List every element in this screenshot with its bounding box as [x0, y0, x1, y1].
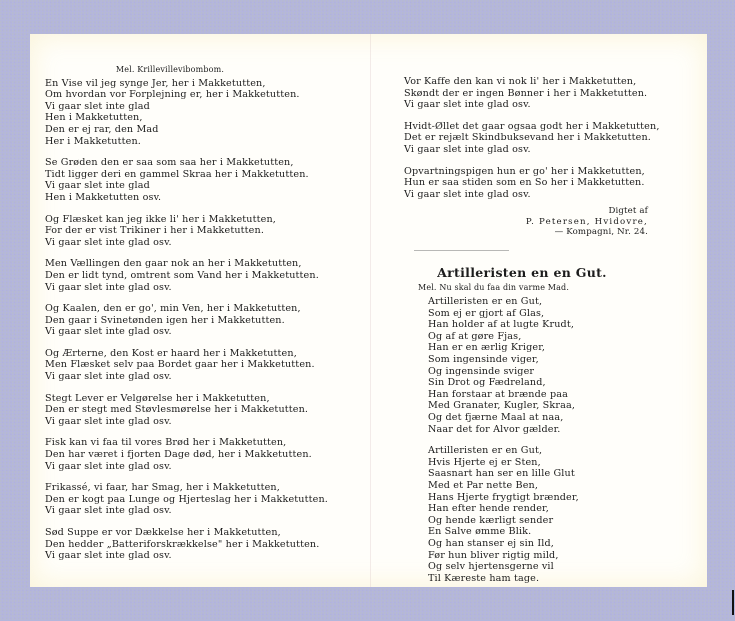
verse-line: Hun er saa stiden som en So her i Makket…	[404, 177, 654, 189]
stanza: Hvidt-Øllet det gaar ogsaa godt her i Ma…	[404, 121, 654, 156]
verse-line: Han efter hende render,	[428, 503, 654, 515]
stanza: Se Grøden den er saa som saa her i Makke…	[45, 157, 365, 203]
verse-line: Artilleristen er en Gut,	[428, 296, 654, 308]
verse-line: Vi gaar slet inte glad osv.	[45, 237, 365, 249]
verse-line: Og Flæsket kan jeg ikke li' her i Makket…	[45, 214, 365, 226]
verse-line: Vi gaar slet inte glad osv.	[45, 461, 365, 473]
verse-line: Sin Drot og Fædreland,	[428, 377, 654, 389]
verse-line: Han holder af at lugte Krudt,	[428, 319, 654, 331]
signature-author: P. Petersen, Hvidovre,	[404, 217, 648, 228]
stanza: Og Ærterne, den Kost er haard her i Makk…	[45, 348, 365, 383]
verse-line: En Vise vil jeg synge Jer, her i Makketu…	[45, 78, 365, 90]
verse-line: Tidt ligger deri en gammel Skraa her i M…	[45, 169, 365, 181]
verse-line: Før hun bliver rigtig mild,	[428, 550, 654, 562]
scan-edge-mark	[732, 590, 734, 615]
verse-line: Den hedder „Batteriforskrækkelse" her i …	[45, 539, 365, 551]
verse-line: Vi gaar slet inte glad osv.	[404, 144, 654, 156]
stanza: Vor Kaffe den kan vi nok li' her i Makke…	[404, 76, 654, 111]
verse-line: Og det fjærne Maal at naa,	[428, 412, 654, 424]
verse-line: Hvis Hjerte ej er Sten,	[428, 457, 654, 469]
verse-line: Hans Hjerte frygtigt brænder,	[428, 492, 654, 504]
song2-stanzas: Artilleristen er en Gut,Som ej er gjort …	[404, 296, 654, 584]
stanza: Fisk kan vi faa til vores Brød her i Mak…	[45, 437, 365, 472]
stanza: Sød Suppe er vor Dækkelse her i Makketut…	[45, 527, 365, 562]
verse-line: Fisk kan vi faa til vores Brød her i Mak…	[45, 437, 365, 449]
verse-line: Som ej er gjort af Glas,	[428, 308, 654, 320]
left-stanzas: En Vise vil jeg synge Jer, her i Makketu…	[45, 78, 365, 562]
right-stanzas: Vor Kaffe den kan vi nok li' her i Makke…	[404, 76, 654, 200]
verse-line: Se Grøden den er saa som saa her i Makke…	[45, 157, 365, 169]
verse-line: Stegt Lever er Velgørelse her i Makketut…	[45, 393, 365, 405]
verse-line: Vi gaar slet inte glad osv.	[45, 371, 365, 383]
verse-line: Han forstaar at brænde paa	[428, 389, 654, 401]
stanza: Frikassé, vi faar, har Smag, her i Makke…	[45, 482, 365, 517]
verse-line: Og af at gøre Fjas,	[428, 331, 654, 343]
melody-note: Mel. Krillevillevibombom.	[45, 64, 295, 76]
verse-line: Vi gaar slet inte glad	[45, 101, 365, 113]
verse-line: Den gaar i Svinetønden igen her i Makket…	[45, 315, 365, 327]
verse-line: Og Ærterne, den Kost er haard her i Makk…	[45, 348, 365, 360]
song-title: Artilleristen en en Gut.	[404, 267, 654, 279]
verse-line: Og Kaalen, den er go', min Ven, her i Ma…	[45, 303, 365, 315]
verse-line: En Salve ømme Blik.	[428, 526, 654, 538]
verse-line: Den er ej rar, den Mad	[45, 124, 365, 136]
verse-line: Den er lidt tynd, omtrent som Vand her i…	[45, 270, 365, 282]
verse-line: Frikassé, vi faar, har Smag, her i Makke…	[45, 482, 365, 494]
signature-line-1: Digtet af	[404, 206, 648, 217]
stanza: Opvartningspigen hun er go' her i Makket…	[404, 166, 654, 201]
verse-line: Opvartningspigen hun er go' her i Makket…	[404, 166, 654, 178]
verse-line: For der er vist Trikiner i her i Makketu…	[45, 225, 365, 237]
verse-line: Her i Makketutten.	[45, 136, 365, 148]
verse-line: Som ingensinde viger,	[428, 354, 654, 366]
right-page: Vor Kaffe den kan vi nok li' her i Makke…	[404, 76, 654, 594]
verse-line: Hvidt-Øllet det gaar ogsaa godt her i Ma…	[404, 121, 654, 133]
verse-line: Med Granater, Kugler, Skraa,	[428, 400, 654, 412]
verse-line: Med et Par nette Ben,	[428, 480, 654, 492]
verse-line: Vi gaar slet inte glad osv.	[404, 99, 654, 111]
verse-line: Artilleristen er en Gut,	[428, 445, 654, 457]
verse-line: Og ingensinde sviger	[428, 366, 654, 378]
stanza: Men Vællingen den gaar nok an her i Makk…	[45, 258, 365, 293]
verse-line: Naar det for Alvor gælder.	[428, 424, 654, 436]
stanza: Stegt Lever er Velgørelse her i Makketut…	[45, 393, 365, 428]
verse-line: Til Kæreste ham tage.	[428, 573, 654, 585]
stanza: Og Kaalen, den er go', min Ven, her i Ma…	[45, 303, 365, 338]
signature-company: — Kompagni, Nr. 24.	[404, 227, 648, 238]
verse-line: Vi gaar slet inte glad osv.	[404, 189, 654, 201]
stanza: Artilleristen er en Gut,Hvis Hjerte ej e…	[428, 445, 654, 584]
verse-line: Den har været i fjorten Dage død, her i …	[45, 449, 365, 461]
verse-line: Om hvordan vor Forplejning er, her i Mak…	[45, 89, 365, 101]
verse-line: Hen i Makketutten,	[45, 112, 365, 124]
verse-line: Og han stanser ej sin Ild,	[428, 538, 654, 550]
verse-line: Sød Suppe er vor Dækkelse her i Makketut…	[45, 527, 365, 539]
verse-line: Vi gaar slet inte glad osv.	[45, 550, 365, 562]
author-signature: Digtet af P. Petersen, Hvidovre, — Kompa…	[404, 206, 654, 238]
verse-line: Men Flæsket selv paa Bordet gaar her i M…	[45, 359, 365, 371]
verse-line: Vor Kaffe den kan vi nok li' her i Makke…	[404, 76, 654, 88]
verse-line: Og selv hjertensgerne vil	[428, 561, 654, 573]
verse-line: Og hende kærligt sender	[428, 515, 654, 527]
verse-line: Saasnart han ser en lille Glut	[428, 468, 654, 480]
divider	[414, 250, 509, 251]
left-page: Mel. Krillevillevibombom. En Vise vil je…	[45, 64, 365, 572]
melody-note-2: Mel. Nu skal du faa din varme Mad.	[418, 282, 654, 294]
verse-line: Det er rejælt Skindbuksevand her i Makke…	[404, 132, 654, 144]
verse-line: Vi gaar slet inte glad osv.	[45, 505, 365, 517]
verse-line: Skøndt der er ingen Bønner i her i Makke…	[404, 88, 654, 100]
verse-line: Vi gaar slet inte glad	[45, 180, 365, 192]
verse-line: Vi gaar slet inte glad osv.	[45, 282, 365, 294]
stanza: Og Flæsket kan jeg ikke li' her i Makket…	[45, 214, 365, 249]
stanza: Artilleristen er en Gut,Som ej er gjort …	[428, 296, 654, 435]
verse-line: Vi gaar slet inte glad osv.	[45, 416, 365, 428]
stanza: En Vise vil jeg synge Jer, her i Makketu…	[45, 78, 365, 148]
verse-line: Men Vællingen den gaar nok an her i Makk…	[45, 258, 365, 270]
verse-line: Han er en ærlig Kriger,	[428, 342, 654, 354]
verse-line: Hen i Makketutten osv.	[45, 192, 365, 204]
verse-line: Vi gaar slet inte glad osv.	[45, 326, 365, 338]
verse-line: Den er stegt med Støvlesmørelse her i Ma…	[45, 404, 365, 416]
verse-line: Den er kogt paa Lunge og Hjerteslag her …	[45, 494, 365, 506]
